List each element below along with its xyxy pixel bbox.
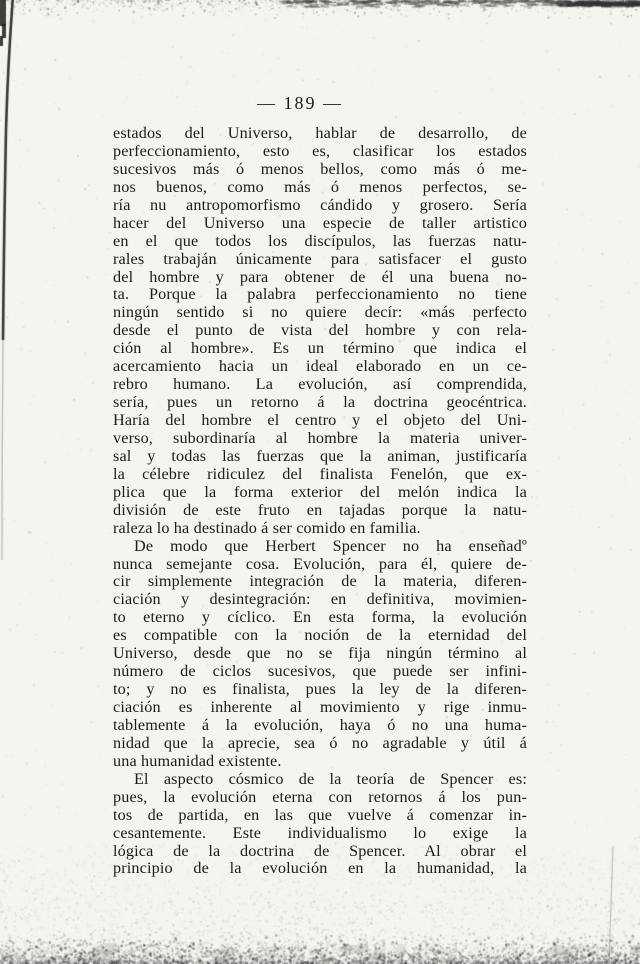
text-line: cir simplemente integración de la materi…	[113, 573, 527, 591]
text-line: raleza lo ha destinado á ser comido en f…	[113, 520, 527, 538]
text-line: cesantemente. Este individualismo lo exi…	[113, 825, 527, 843]
text-line: tablemente á la evolución, haya ó no una…	[113, 717, 527, 735]
text-line: la célebre ridiculez del finalista Fenel…	[113, 466, 527, 484]
text-line: rales trabaján únicamente para satisface…	[113, 251, 527, 269]
text-line: ciación y desintegración: en definitiva,…	[113, 591, 527, 609]
text-line: ción al hombre». Es un término que indic…	[113, 340, 527, 358]
text-line: verso, subordinaría al hombre la materia…	[113, 430, 527, 448]
text-line: pues, la evolución eterna con retornos á…	[113, 789, 527, 807]
scanned-book-page: — 189 — estados del Universo, hablar de …	[0, 0, 640, 964]
page-text-block: estados del Universo, hablar de desarrol…	[113, 125, 527, 878]
text-line: sería, pues un retorno á la doctrina geo…	[113, 394, 527, 412]
text-line: Universo, desde que no se fija ningún té…	[113, 645, 527, 663]
text-line: ta. Porque la palabra perfeccionamiento …	[113, 286, 527, 304]
text-line: acercamiento hacia un ideal elaborado en…	[113, 358, 527, 376]
text-line: hacer del Universo una especie de taller…	[113, 215, 527, 233]
text-line: ningún sentido si no quiere decír: «más …	[113, 304, 527, 322]
page-number: — 189 —	[93, 93, 507, 114]
text-line: en el que todos los discípulos, las fuer…	[113, 233, 527, 251]
text-line: desde el punto de vista del hombre y con…	[113, 322, 527, 340]
text-line: lógica de la doctrina de Spencer. Al obr…	[113, 843, 527, 861]
text-line: nunca semejante cosa. Evolución, para él…	[113, 556, 527, 574]
text-line: plica que la forma exterior del melón in…	[113, 484, 527, 502]
text-line: nidad que la aprecie, sea ó no agradable…	[113, 735, 527, 753]
text-line: del hombre y para obtener de él una buen…	[113, 269, 527, 287]
text-line: to; y no es finalista, pues la ley de la…	[113, 681, 527, 699]
text-line: De modo que Herbert Spencer no ha enseña…	[113, 538, 527, 556]
text-line: principio de la evolución en la humanida…	[113, 860, 527, 878]
text-line: sal y todas las fuerzas que la animan, j…	[113, 448, 527, 466]
text-line: número de ciclos sucesivos, que puede se…	[113, 663, 527, 681]
text-line: ría nu antropomorfismo cándido y grosero…	[113, 197, 527, 215]
text-line: rebro humano. La evolución, así comprend…	[113, 376, 527, 394]
text-line: Haría del hombre el centro y el objeto d…	[113, 412, 527, 430]
text-line: sucesivos más ó menos bellos, como más ó…	[113, 161, 527, 179]
text-line: ciación es inherente al movimiento y rig…	[113, 699, 527, 717]
text-line: división de este fruto en tajadas porque…	[113, 502, 527, 520]
text-line: es compatible con la noción de la eterni…	[113, 627, 527, 645]
text-line: estados del Universo, hablar de desarrol…	[113, 125, 527, 143]
text-line: una humanidad existente.	[113, 753, 527, 771]
text-line: El aspecto cósmico de la teoría de Spenc…	[113, 771, 527, 789]
text-line: nos buenos, como más ó menos perfectos, …	[113, 179, 527, 197]
text-line: tos de partida, en las que vuelve á come…	[113, 807, 527, 825]
text-line: perfeccionamiento, esto es, clasificar l…	[113, 143, 527, 161]
text-line: to eterno y cíclico. En esta forma, la e…	[113, 609, 527, 627]
